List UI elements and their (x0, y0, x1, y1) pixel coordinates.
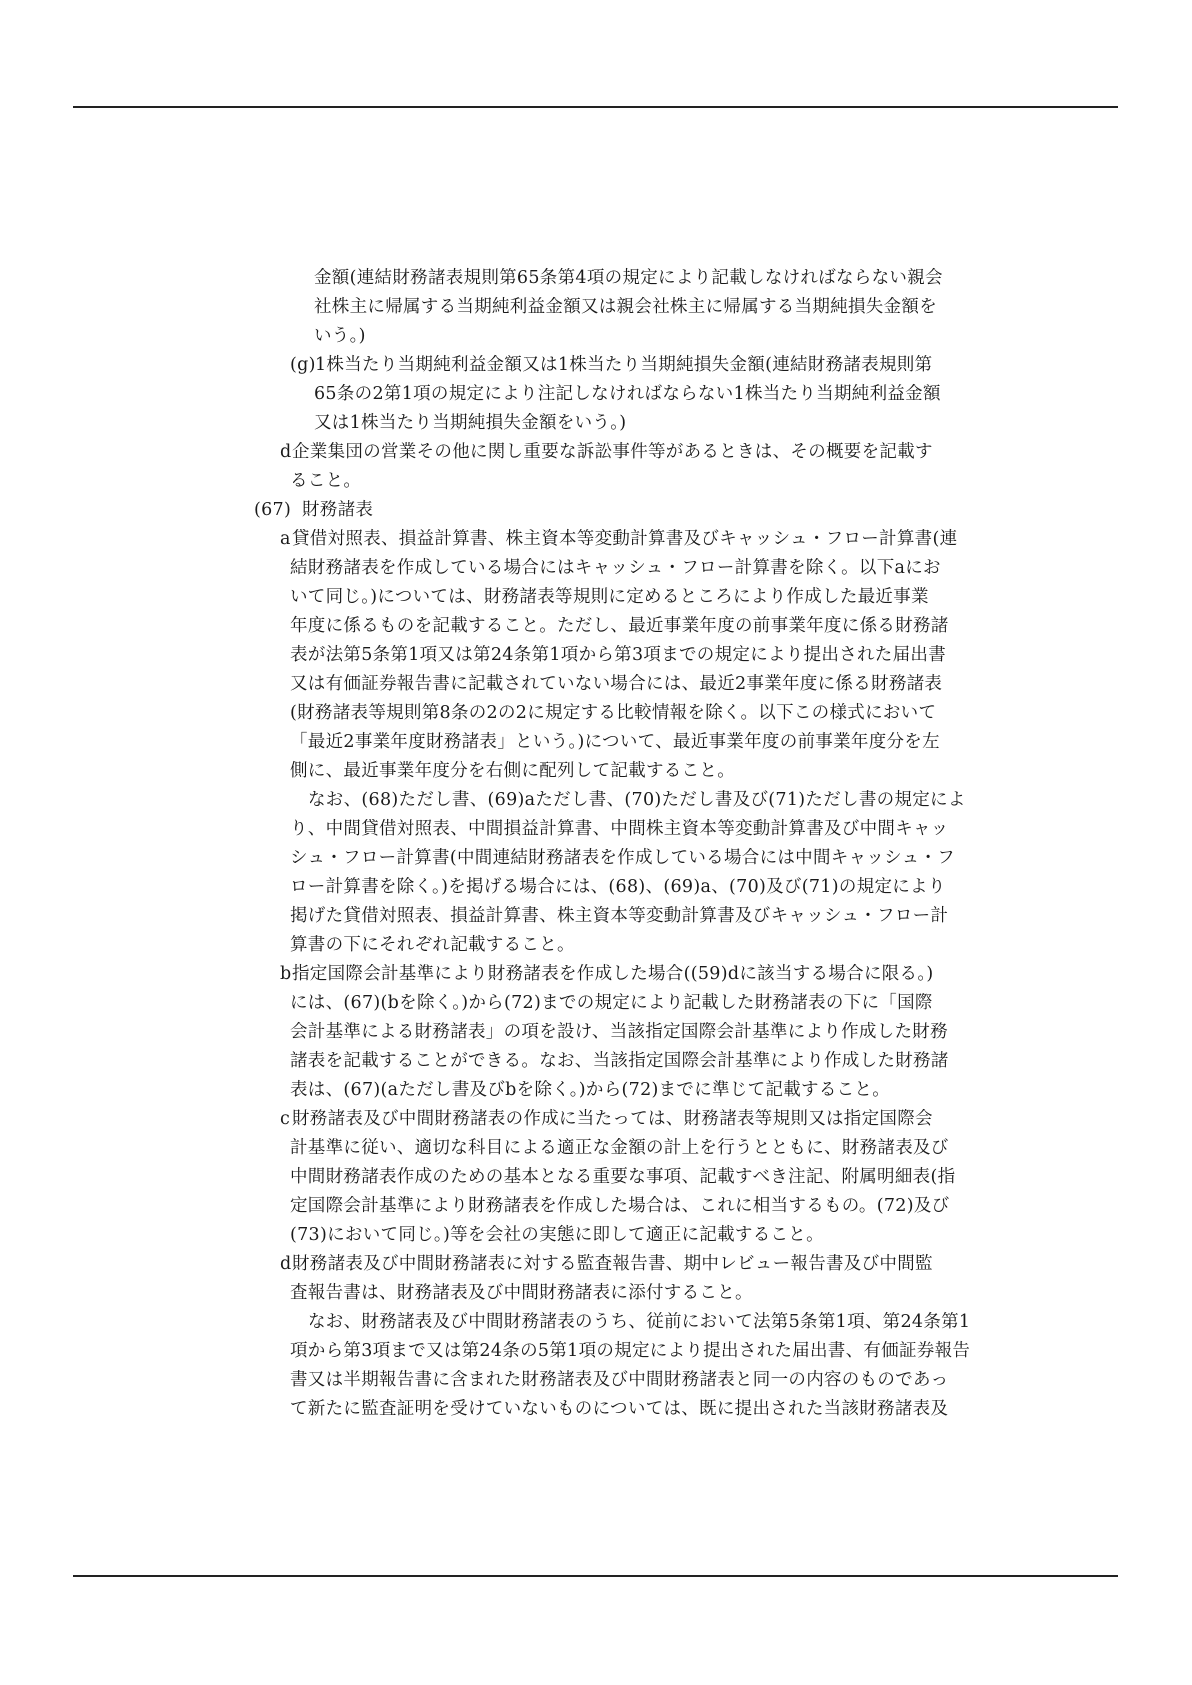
item-text: 掲げた貸借対照表、損益計算書、株主資本等変動計算書及びキャッシュ・フロー計 (290, 906, 948, 926)
item-text: て新たに監査証明を受けていないものについては、既に提出された当該財務諸表及 (290, 1399, 948, 1419)
text-line: 「最近2事業年度財務諸表」という。)について、最近事業年度の前事業年度分を左 (290, 728, 940, 756)
item-label: b (280, 960, 292, 988)
item-label: (g) (290, 351, 316, 379)
text-line: 掲げた貸借対照表、損益計算書、株主資本等変動計算書及びキャッシュ・フロー計 (290, 902, 948, 930)
text-line: いう。) (314, 322, 366, 350)
item-text: 又は有価証券報告書に記載されていない場合には、最近2事業年度に係る財務諸表 (290, 674, 942, 694)
item-text: 又は1株当たり当期純損失金額をいう。) (314, 413, 626, 433)
item-text: 定国際会計基準により財務諸表を作成した場合は、これに相当するもの。(72)及び (290, 1196, 949, 1216)
text-line: ること。 (290, 467, 361, 495)
item-text: 65条の2第1項の規定により注記しなければならない1株当たり当期純利益金額 (314, 384, 941, 404)
item-text: 表は、(67)(aただし書及びbを除く。)から(72)までに準じて記載すること。 (290, 1080, 890, 1100)
item-text: ること。 (290, 471, 361, 491)
item-text: シュ・フロー計算書(中間連結財務諸表を作成している場合には中間キャッシュ・フ (290, 848, 955, 868)
item-text: 年度に係るものを記載すること。ただし、最近事業年度の前事業年度に係る財務諸 (290, 616, 949, 636)
text-line: 中間財務諸表作成のための基本となる重要な事項、記載すべき注記、附属明細表(指 (290, 1163, 955, 1191)
item-text: 社株主に帰属する当期純利益金額又は親会社株主に帰属する当期純損失金額を (314, 297, 937, 317)
item-label: a (280, 525, 291, 553)
text-line: なお、(68)ただし書、(69)aただし書、(70)ただし書及び(71)ただし書… (308, 786, 966, 814)
item-label: d (280, 438, 292, 466)
text-line: 会計基準による財務諸表」の項を設け、当該指定国際会計基準により作成した財務 (290, 1018, 948, 1046)
item-text: 諸表を記載することができる。なお、当該指定国際会計基準により作成した財務諸 (290, 1051, 949, 1071)
item-text: り、中間貸借対照表、中間損益計算書、中間株主資本等変動計算書及び中間キャッ (290, 819, 949, 839)
text-line: 又は1株当たり当期純損失金額をいう。) (314, 409, 626, 437)
text-line: シュ・フロー計算書(中間連結財務諸表を作成している場合には中間キャッシュ・フ (290, 844, 955, 872)
text-line: 表は、(67)(aただし書及びbを除く。)から(72)までに準じて記載すること。 (290, 1076, 890, 1104)
text-line: 側に、最近事業年度分を右側に配列して記載すること。 (290, 757, 735, 785)
item-text: 「最近2事業年度財務諸表」という。)について、最近事業年度の前事業年度分を左 (290, 732, 940, 752)
item-text: (財務諸表等規則第8条の2の2に規定する比較情報を除く。以下この様式において (290, 703, 936, 723)
footer-rule (73, 1575, 1118, 1577)
text-line: 社株主に帰属する当期純利益金額又は親会社株主に帰属する当期純損失金額を (314, 293, 937, 321)
text-line: 金額(連結財務諸表規則第65条第4項の規定により記載しなければならない親会 (314, 264, 943, 292)
item-text: なお、(68)ただし書、(69)aただし書、(70)ただし書及び(71)ただし書… (308, 790, 966, 810)
text-line: 年度に係るものを記載すること。ただし、最近事業年度の前事業年度に係る財務諸 (290, 612, 949, 640)
item-text: 書又は半期報告書に含まれた財務諸表及び中間財務諸表と同一の内容のものであっ (290, 1370, 948, 1390)
item-text: 財務諸表及び中間財務諸表の作成に当たっては、財務諸表等規則又は指定国際会 (292, 1105, 933, 1133)
text-line: 項から第3項まで又は第24条の5第1項の規定により提出された届出書、有価証券報告 (290, 1337, 970, 1365)
text-line: 定国際会計基準により財務諸表を作成した場合は、これに相当するもの。(72)及び (290, 1192, 949, 1220)
item-text: 財務諸表及び中間財務諸表に対する監査報告書、期中レビュー報告書及び中間監 (292, 1250, 933, 1278)
text-line: 書又は半期報告書に含まれた財務諸表及び中間財務諸表と同一の内容のものであっ (290, 1366, 948, 1394)
item-text: 中間財務諸表作成のための基本となる重要な事項、記載すべき注記、附属明細表(指 (290, 1167, 955, 1187)
item-text: 1株当たり当期純利益金額又は1株当たり当期純損失金額(連結財務諸表規則第 (315, 351, 932, 379)
text-line: 計基準に従い、適切な科目による適正な金額の計上を行うとともに、財務諸表及び (290, 1134, 949, 1162)
item-text: 金額(連結財務諸表規則第65条第4項の規定により記載しなければならない親会 (314, 268, 943, 288)
item-text: 指定国際会計基準により財務諸表を作成した場合((59)dに該当する場合に限る。) (292, 960, 934, 988)
text-line: なお、財務諸表及び中間財務諸表のうち、従前において法第5条第1項、第24条第1 (308, 1308, 970, 1336)
text-line: 65条の2第1項の規定により注記しなければならない1株当たり当期純利益金額 (314, 380, 941, 408)
text-line: て新たに監査証明を受けていないものについては、既に提出された当該財務諸表及 (290, 1395, 948, 1423)
item-text: 表が法第5条第1項又は第24条第1項から第3項までの規定により提出された届出書 (290, 645, 946, 665)
text-line: いて同じ。)については、財務諸表等規則に定めるところにより作成した最近事業 (290, 583, 929, 611)
item-text: いう。) (314, 326, 366, 346)
item-text: 会計基準による財務諸表」の項を設け、当該指定国際会計基準により作成した財務 (290, 1022, 948, 1042)
item-text: なお、財務諸表及び中間財務諸表のうち、従前において法第5条第1項、第24条第1 (308, 1312, 970, 1332)
item-text: いて同じ。)については、財務諸表等規則に定めるところにより作成した最近事業 (290, 587, 929, 607)
text-line: ロー計算書を除く。)を掲げる場合には、(68)、(69)a、(70)及び(71)… (290, 873, 946, 901)
item-text: 財務諸表 (302, 496, 373, 524)
text-line: (73)において同じ。)等を会社の実態に即して適正に記載すること。 (290, 1221, 824, 1249)
text-line: (財務諸表等規則第8条の2の2に規定する比較情報を除く。以下この様式において (290, 699, 936, 727)
item-text: 結財務諸表を作成している場合にはキャッシュ・フロー計算書を除く。以下aにお (290, 558, 941, 578)
item-text: 項から第3項まで又は第24条の5第1項の規定により提出された届出書、有価証券報告 (290, 1341, 970, 1361)
item-text: 側に、最近事業年度分を右側に配列して記載すること。 (290, 761, 735, 781)
item-label: c (280, 1105, 290, 1133)
header-rule (73, 106, 1118, 108)
text-line: 又は有価証券報告書に記載されていない場合には、最近2事業年度に係る財務諸表 (290, 670, 942, 698)
item-text: には、(67)(bを除く。)から(72)までの規定により記載した財務諸表の下に「… (290, 993, 933, 1013)
item-text: 算書の下にそれぞれ記載すること。 (290, 935, 575, 955)
item-text: (73)において同じ。)等を会社の実態に即して適正に記載すること。 (290, 1225, 824, 1245)
text-line: 査報告書は、財務諸表及び中間財務諸表に添付すること。 (290, 1279, 753, 1307)
item-text: 企業集団の営業その他に関し重要な訴訟事件等があるときは、その概要を記載す (292, 438, 933, 466)
item-label: d (280, 1250, 292, 1278)
text-line: 結財務諸表を作成している場合にはキャッシュ・フロー計算書を除く。以下aにお (290, 554, 941, 582)
item-text: 査報告書は、財務諸表及び中間財務諸表に添付すること。 (290, 1283, 753, 1303)
text-line: には、(67)(bを除く。)から(72)までの規定により記載した財務諸表の下に「… (290, 989, 933, 1017)
item-text: 計基準に従い、適切な科目による適正な金額の計上を行うとともに、財務諸表及び (290, 1138, 949, 1158)
item-text: ロー計算書を除く。)を掲げる場合には、(68)、(69)a、(70)及び(71)… (290, 877, 946, 897)
item-label: (67) (254, 496, 291, 524)
text-line: 表が法第5条第1項又は第24条第1項から第3項までの規定により提出された届出書 (290, 641, 946, 669)
text-line: 諸表を記載することができる。なお、当該指定国際会計基準により作成した財務諸 (290, 1047, 949, 1075)
text-line: 算書の下にそれぞれ記載すること。 (290, 931, 575, 959)
text-line: り、中間貸借対照表、中間損益計算書、中間株主資本等変動計算書及び中間キャッ (290, 815, 949, 843)
item-text: 貸借対照表、損益計算書、株主資本等変動計算書及びキャッシュ・フロー計算書(連 (292, 525, 957, 553)
